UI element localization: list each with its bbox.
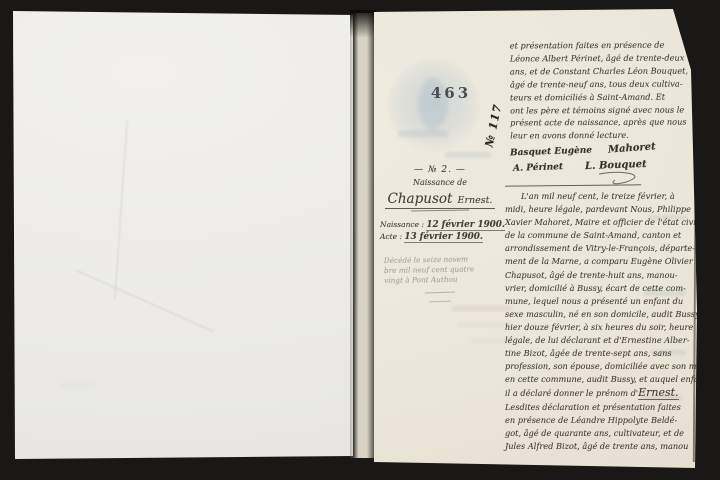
paper-crease	[76, 270, 214, 333]
act-line: présent acte de naissance, après que nou…	[510, 116, 678, 130]
previous-act-text: et présentation faites en présence de Lé…	[510, 39, 679, 143]
act-line: got, âgé de quarante ans, cultivateur, e…	[505, 427, 697, 440]
act-line: Chapusot, âgé de trente-huit ans, manou-	[505, 269, 697, 282]
act-line: ans, et de Constant Charles Léon Bouquet…	[510, 64, 678, 78]
signature-mayor: Mahoret	[608, 141, 656, 155]
act-line: et présentation faites en présence de	[510, 39, 678, 53]
margin-death-note: Décédé le seize novem bre mil neuf cent …	[374, 254, 507, 286]
margin-name: Chapusot Ernest.	[385, 188, 496, 209]
ink-bleedthrough	[452, 306, 512, 311]
paper-crease	[114, 120, 129, 300]
act-line-child-name: il a déclaré donner le prénom d'Ernest.	[505, 386, 697, 400]
act-line: L'an mil neuf cent, le treize février, à	[505, 190, 697, 203]
act-line: légale, de lui déclarant et d'Ernestine …	[505, 334, 697, 347]
register-spread: 463 № 117 et présentation faites en prés…	[0, 0, 720, 480]
act-text: L'an mil neuf cent, le treize février, à…	[505, 190, 697, 453]
gutter-crease	[353, 14, 355, 457]
act-line: hier douze février, à six heures du soir…	[505, 321, 697, 334]
margin-name-first: Ernest.	[458, 195, 493, 206]
signature-witness-perinet: A. Périnet	[513, 162, 563, 174]
signature-declarant: Basquet Eugène	[510, 146, 592, 159]
act-line: mune, lequel nous a présenté un enfant d…	[505, 295, 697, 308]
page-number: 463	[421, 84, 481, 102]
act-line: ont les père et témoins signé avec nous …	[510, 103, 678, 117]
margin-birth-date: Naissance : 12 février 1900.	[380, 219, 506, 231]
act-line: teurs et domiciliés à Saint-Amand. Et	[510, 90, 678, 104]
ink-bleedthrough	[398, 130, 448, 137]
margin-annotations: — № 2. — Naissance de Chapusot Ernest. N…	[374, 165, 506, 302]
margin-name-last: Chapusot	[388, 191, 453, 207]
margin-heading: Naissance de	[374, 178, 506, 187]
act-line: Léonce Albert Périnet, âgé de trente-deu…	[510, 51, 678, 65]
act-line: en cette commune, audit Bussy, et auquel…	[505, 373, 697, 386]
act-line: midi, heure légale, pardevant Nous, Phil…	[505, 203, 697, 216]
pencil-scribble	[429, 301, 451, 303]
act-line: ment de la Marne, a comparu Eugène Olivi…	[505, 255, 697, 268]
pencil-scribble	[425, 291, 455, 293]
act-line: Xavier Mahoret, Maire et officier de l'é…	[505, 216, 697, 229]
act-line: Lesdites déclaration et présentation fai…	[505, 401, 697, 414]
gutter-shadow	[350, 10, 376, 38]
act-line: en présence de Léandre Hippolyte Beldé-	[505, 414, 697, 427]
act-line: Jules Alfred Bizot, âgé de trente ans, m…	[505, 440, 697, 453]
act-line: vrier, domicilié à Bussy, écart de cette…	[505, 282, 697, 295]
margin-record-number: — № 2. —	[374, 165, 506, 175]
act-line: sexe masculin, né en son domicile, audit…	[505, 308, 697, 321]
name-underline-flourish	[411, 209, 469, 211]
act-line: âgé de trente-neuf ans, tous deux cultiv…	[510, 77, 678, 91]
ink-bleedthrough	[458, 322, 510, 327]
margin-act-date: Acte : 13 février 1900.	[380, 231, 506, 243]
death-note-line: vingt à Pont Authou	[384, 274, 506, 286]
ink-bleedthrough	[60, 382, 94, 388]
act-line: tine Bizot, âgée de trente-sept ans, san…	[505, 347, 697, 360]
act-line: profession, son épouse, domiciliée avec …	[505, 360, 697, 373]
page-edge-shadow	[693, 70, 697, 462]
act-line: arrondissement de Vitry-le-François, dép…	[505, 242, 697, 255]
child-name: Ernest.	[638, 386, 678, 400]
act-line: de la commune de Saint-Amand, canton et	[505, 229, 697, 242]
